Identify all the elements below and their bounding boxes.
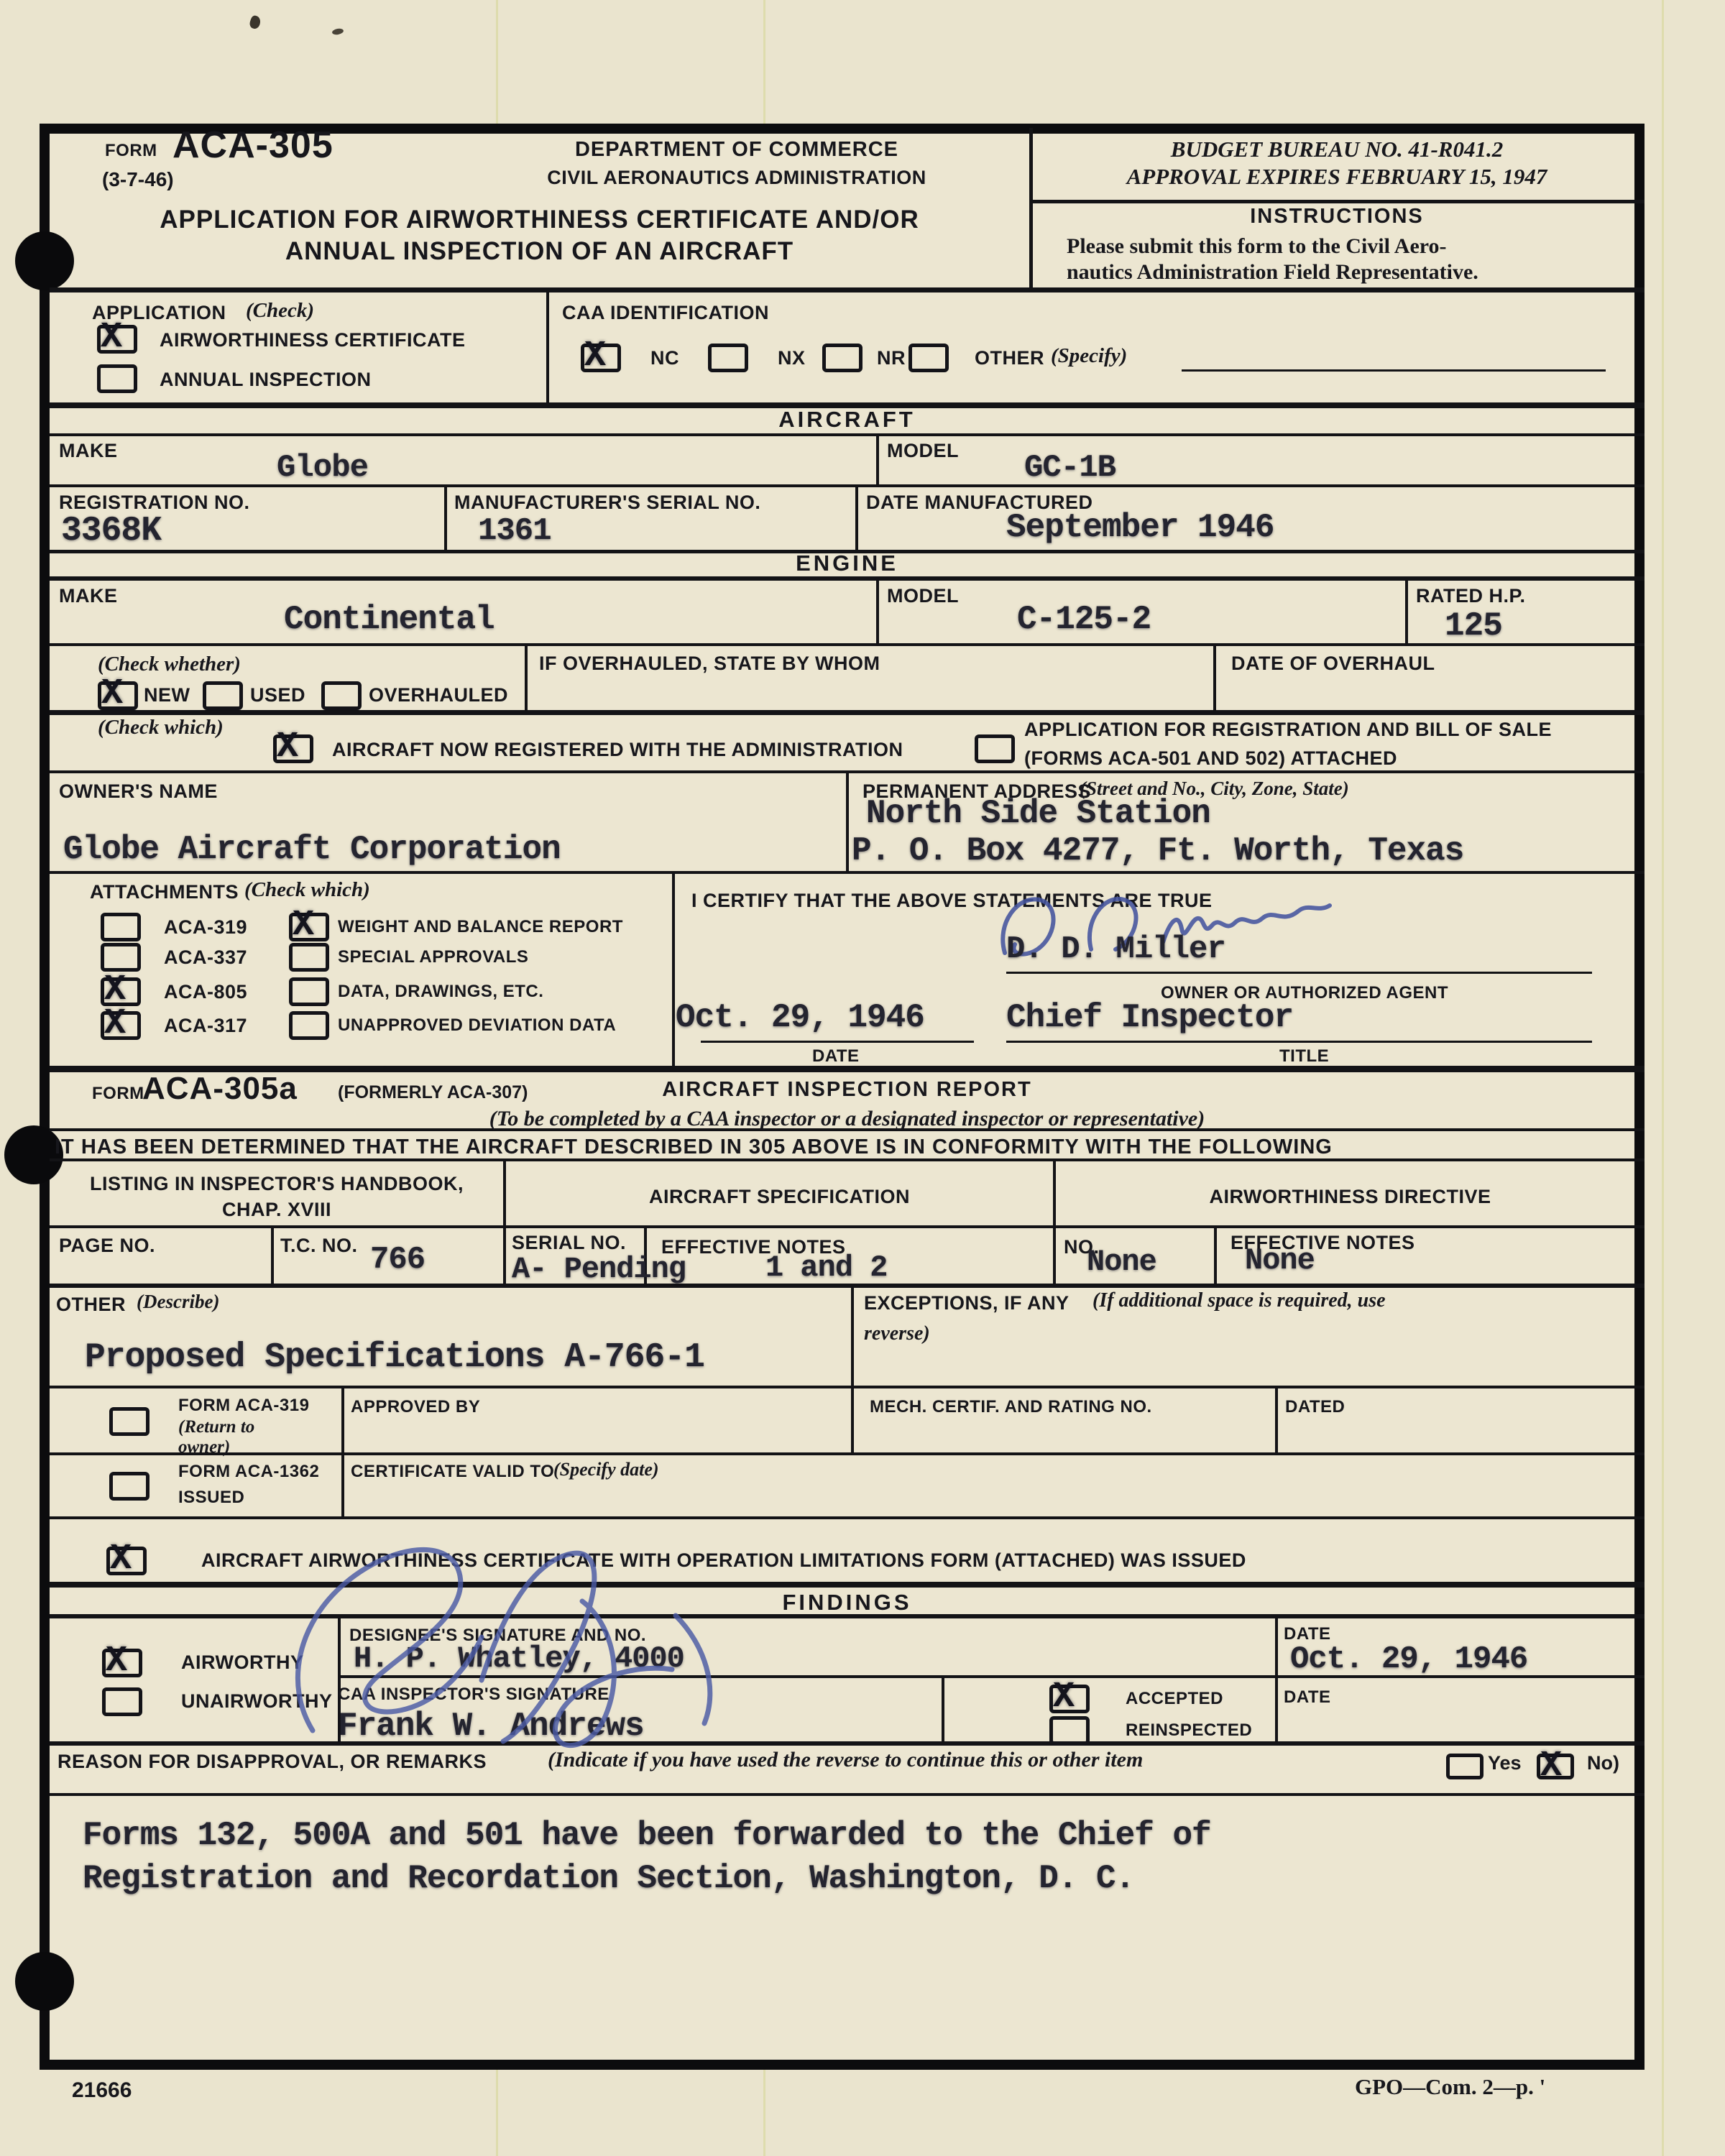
form-number-prefix: FORM	[105, 141, 157, 161]
approved-by-label: APPROVED BY	[351, 1397, 480, 1417]
report-subtitle: (To be completed by a CAA inspector or a…	[50, 1107, 1644, 1131]
data-drawings-label: DATA, DRAWINGS, ETC.	[338, 982, 543, 1002]
caa-other-label: OTHER	[975, 347, 1044, 369]
divider	[876, 436, 879, 484]
divider	[1275, 1388, 1278, 1452]
engine-used-label: USED	[250, 684, 305, 706]
certify-title-label: TITLE	[1279, 1046, 1329, 1067]
divider	[942, 1678, 944, 1741]
attachments-hint: (Check which)	[244, 878, 370, 902]
caa-nc-checkbox[interactable]: X	[581, 344, 621, 372]
reason-no-checkbox[interactable]: X	[1537, 1754, 1574, 1779]
report-title: AIRCRAFT INSPECTION REPORT	[50, 1078, 1644, 1102]
weight-balance-label: WEIGHT AND BALANCE REPORT	[338, 917, 623, 937]
divider	[50, 1386, 1644, 1388]
other-describe-hint: (Describe)	[137, 1291, 219, 1313]
approval-expires: APPROVAL EXPIRES FEBRUARY 15, 1947	[1035, 164, 1639, 190]
aca-319-checkbox[interactable]	[101, 913, 141, 941]
checkbox-mark: X	[106, 1644, 127, 1680]
handbook-col-header1: LISTING IN INSPECTOR'S HANDBOOK,	[57, 1173, 496, 1195]
department-line2: CIVIL AERONAUTICS ADMINISTRATION	[446, 167, 1028, 189]
remarks-line2: Registration and Recordation Section, Wa…	[83, 1860, 1134, 1897]
exceptions-hint1: (If additional space is required, use	[1092, 1289, 1386, 1312]
caa-nr-label: NR	[877, 347, 906, 369]
caa-other-checkbox[interactable]	[908, 344, 949, 372]
date-line	[701, 1041, 974, 1043]
aircraft-model-value: GC-1B	[1024, 450, 1115, 486]
data-drawings-checkbox[interactable]	[289, 977, 329, 1006]
instructions-line1: Please submit this form to the Civil Aer…	[1067, 234, 1447, 259]
divider	[444, 487, 447, 550]
caa-nr-checkbox[interactable]	[822, 344, 862, 372]
instructions-line2: nautics Administration Field Representat…	[1067, 260, 1478, 285]
reinspected-checkbox[interactable]	[1049, 1716, 1090, 1745]
serial-no-value: 1361	[478, 513, 551, 549]
permanent-address-line1: North Side Station	[866, 795, 1210, 832]
title-line	[1006, 1041, 1592, 1043]
divider	[1214, 1228, 1217, 1284]
scan-line	[1662, 0, 1664, 2156]
aircraft-model-label: MODEL	[887, 440, 959, 462]
checkbox-mark: X	[104, 1006, 126, 1042]
accepted-checkbox[interactable]: X	[1049, 1685, 1090, 1713]
certificate-valid-label: CERTIFICATE VALID TO	[351, 1462, 554, 1482]
directive-notes-value: None	[1245, 1243, 1315, 1278]
reason-disapproval-label: REASON FOR DISAPPROVAL, OR REMARKS	[57, 1751, 487, 1773]
form-title-line2: ANNUAL INSPECTION OF AN AIRCRAFT	[50, 237, 1029, 266]
registration-application-label1: APPLICATION FOR REGISTRATION AND BILL OF…	[1024, 719, 1552, 741]
aircraft-make-label: MAKE	[59, 440, 118, 462]
divider	[503, 1161, 506, 1284]
divider	[1029, 128, 1033, 291]
reason-no-label: No)	[1587, 1752, 1619, 1774]
divider	[1213, 646, 1216, 710]
aca-337-label: ACA-337	[164, 946, 247, 969]
divider	[50, 710, 1644, 715]
other-specify-blank-line[interactable]	[1182, 369, 1606, 372]
aircraft-section-header: AIRCRAFT	[50, 407, 1644, 433]
checkbox-mark: X	[277, 729, 298, 765]
divider	[1053, 1161, 1056, 1284]
certify-date-label: DATE	[812, 1046, 860, 1067]
checkbox-mark: X	[1053, 1680, 1075, 1715]
engine-model-label: MODEL	[887, 585, 959, 607]
registration-application-checkbox[interactable]	[975, 734, 1015, 763]
aca-317-checkbox[interactable]: X	[101, 1011, 141, 1040]
registration-no-label: REGISTRATION NO.	[59, 492, 250, 514]
engine-new-checkbox[interactable]: X	[98, 681, 138, 710]
mech-certif-label: MECH. CERTIF. AND RATING NO.	[870, 1397, 1152, 1417]
form-revision-date: (3-7-46)	[102, 168, 174, 191]
certify-date-value: Oct. 29, 1946	[676, 999, 924, 1036]
signature-line	[1006, 972, 1592, 974]
exceptions-label: EXCEPTIONS, IF ANY	[864, 1292, 1069, 1314]
aca-317-label: ACA-317	[164, 1015, 247, 1037]
other-describe-value: Proposed Specifications A-766-1	[85, 1338, 704, 1377]
reason-yes-label: Yes	[1488, 1752, 1522, 1774]
annual-inspection-checkbox[interactable]	[97, 364, 137, 393]
instructions-title: INSTRUCTIONS	[1035, 205, 1639, 229]
dated-label: DATED	[1285, 1397, 1345, 1417]
whatley-signature	[244, 1515, 805, 1759]
form-aca-319-checkbox[interactable]	[109, 1407, 149, 1436]
owners-name-label: OWNER'S NAME	[59, 780, 218, 803]
airworthy-checkbox[interactable]: X	[102, 1649, 142, 1677]
caa-identification-label: CAA IDENTIFICATION	[562, 302, 769, 324]
unapproved-deviation-checkbox[interactable]	[289, 1011, 329, 1040]
airworthiness-certificate-label: AIRWORTHINESS CERTIFICATE	[160, 329, 466, 351]
form-aca-319-hint1: (Return to	[178, 1417, 254, 1437]
caa-nx-checkbox[interactable]	[708, 344, 748, 372]
findings-date2-label: DATE	[1284, 1687, 1331, 1708]
reason-yes-checkbox[interactable]	[1446, 1754, 1483, 1779]
aca-337-checkbox[interactable]	[101, 943, 141, 972]
directive-no-value: None	[1087, 1245, 1156, 1279]
divider	[851, 1388, 854, 1452]
tc-no-label: T.C. NO.	[280, 1235, 358, 1257]
determined-statement: IT HAS BEEN DETERMINED THAT THE AIRCRAFT…	[55, 1135, 1333, 1159]
form-aca-1362-checkbox[interactable]	[109, 1472, 149, 1501]
rated-hp-label: RATED H.P.	[1416, 585, 1526, 607]
certify-signed-name: D. D. Miller	[1006, 931, 1225, 967]
registration-application-label2: (FORMS ACA-501 AND 502) ATTACHED	[1024, 747, 1397, 770]
form-title-line1: APPLICATION FOR AIRWORTHINESS CERTIFICAT…	[50, 206, 1029, 234]
checkbox-mark: X	[293, 908, 314, 944]
divider	[855, 487, 858, 550]
divider	[876, 581, 879, 643]
ink-speck	[331, 28, 344, 36]
reason-disapproval-hint: (Indicate if you have used the reverse t…	[548, 1748, 1143, 1772]
caa-nx-label: NX	[778, 347, 806, 369]
divider	[50, 287, 1644, 292]
date-manufactured-value: September 1946	[1006, 509, 1274, 546]
footer-print-number: 21666	[72, 2078, 132, 2103]
handbook-col-header2: CHAP. XVIII	[57, 1199, 496, 1221]
if-overhauled-label: IF OVERHAULED, STATE BY WHOM	[539, 653, 880, 675]
form-aca-319-label: FORM ACA-319	[178, 1396, 309, 1416]
ink-speck	[249, 14, 262, 29]
form-number: ACA-305	[172, 124, 333, 167]
directive-col-header: AIRWORTHINESS DIRECTIVE	[1056, 1186, 1644, 1208]
spec-col-header: AIRCRAFT SPECIFICATION	[506, 1186, 1053, 1208]
certificate-issued-checkbox[interactable]: X	[106, 1547, 147, 1575]
divider	[1405, 581, 1408, 643]
date-of-overhaul-label: DATE OF OVERHAUL	[1231, 653, 1435, 675]
serial-no-label: MANUFACTURER'S SERIAL NO.	[454, 492, 760, 514]
page-no-label: PAGE NO.	[59, 1235, 155, 1257]
divider	[50, 433, 1644, 436]
check-which-hint: (Check which)	[98, 716, 224, 740]
aircraft-make-value: Globe	[277, 450, 368, 486]
checkbox-mark: X	[101, 320, 122, 356]
caa-other-specify-hint: (Specify)	[1051, 344, 1127, 368]
unairworthy-checkbox[interactable]	[102, 1687, 142, 1716]
divider	[271, 1228, 274, 1284]
divider	[1029, 200, 1644, 203]
engine-make-value: Continental	[284, 601, 494, 638]
special-approvals-checkbox[interactable]	[289, 943, 329, 972]
registration-no-value: 3368K	[61, 512, 161, 550]
engine-section-header: ENGINE	[50, 550, 1644, 576]
punch-hole	[15, 1952, 74, 2011]
report-serial-value: A- Pending	[512, 1252, 686, 1286]
aca-805-label: ACA-805	[164, 981, 247, 1003]
divider	[846, 773, 849, 871]
accepted-label: ACCEPTED	[1126, 1689, 1223, 1709]
divider	[672, 874, 675, 1066]
findings-date-value: Oct. 29, 1946	[1290, 1641, 1527, 1677]
form-aca-1362-label: FORM ACA-1362	[178, 1462, 319, 1482]
certify-title-value: Chief Inspector	[1006, 999, 1293, 1036]
attachments-label: ATTACHMENTS	[90, 881, 239, 903]
divider	[546, 292, 549, 402]
other-describe-label: OTHER	[56, 1294, 126, 1316]
divider	[1275, 1618, 1278, 1741]
scanned-form-page: FORM ACA-305 (3-7-46) DEPARTMENT OF COMM…	[0, 0, 1725, 2156]
remarks-line1: Forms 132, 500A and 501 have been forwar…	[83, 1817, 1211, 1854]
checkbox-mark: X	[584, 338, 606, 374]
aca-805-checkbox[interactable]: X	[101, 977, 141, 1006]
divider	[50, 871, 1644, 874]
checkbox-mark: X	[110, 1542, 132, 1577]
registered-label: AIRCRAFT NOW REGISTERED WITH THE ADMINIS…	[332, 739, 903, 761]
checkbox-mark: X	[101, 676, 123, 712]
owners-name-value: Globe Aircraft Corporation	[63, 831, 561, 868]
registered-checkbox[interactable]: X	[273, 734, 313, 763]
engine-overhauled-label: OVERHAULED	[369, 684, 508, 706]
divider	[50, 643, 1644, 646]
form-aca-319-hint2: owner)	[178, 1437, 230, 1457]
permanent-address-line2: P. O. Box 4277, Ft. Worth, Texas	[852, 832, 1463, 870]
application-check-hint: (Check)	[246, 299, 314, 323]
rated-hp-value: 125	[1445, 607, 1502, 645]
airworthiness-certificate-checkbox[interactable]: X	[97, 325, 137, 354]
report-serial-label: SERIAL NO.	[512, 1232, 626, 1254]
engine-used-checkbox[interactable]	[203, 681, 243, 710]
engine-new-label: NEW	[144, 684, 190, 706]
caa-nc-label: NC	[650, 347, 679, 369]
engine-make-label: MAKE	[59, 585, 118, 607]
weight-balance-checkbox[interactable]: X	[289, 913, 329, 941]
engine-overhauled-checkbox[interactable]	[321, 681, 362, 710]
certificate-valid-hint: (Specify date)	[553, 1459, 659, 1480]
divider	[525, 646, 528, 710]
annual-inspection-label: ANNUAL INSPECTION	[160, 369, 372, 391]
tc-no-value: 766	[370, 1242, 425, 1278]
engine-model-value: C-125-2	[1017, 601, 1151, 638]
aca-319-label: ACA-319	[164, 916, 247, 939]
department-line1: DEPARTMENT OF COMMERCE	[446, 138, 1028, 162]
checkbox-mark: X	[1540, 1749, 1562, 1784]
divider	[851, 1288, 854, 1386]
effective-notes-value: 1 and 2	[765, 1250, 887, 1285]
special-approvals-label: SPECIAL APPROVALS	[338, 947, 528, 967]
exceptions-hint2: reverse)	[864, 1322, 930, 1345]
reinspected-label: REINSPECTED	[1126, 1720, 1252, 1741]
unapproved-deviation-label: UNAPPROVED DEVIATION DATA	[338, 1015, 616, 1036]
divider	[50, 1793, 1644, 1796]
budget-bureau-no: BUDGET BUREAU NO. 41-R041.2	[1035, 137, 1639, 162]
footer-gpo: GPO—Com. 2—p. '	[1355, 2074, 1545, 2100]
divider	[50, 1225, 1644, 1228]
divider	[50, 1452, 1644, 1455]
form-aca-1362-issued-label: ISSUED	[178, 1488, 244, 1508]
